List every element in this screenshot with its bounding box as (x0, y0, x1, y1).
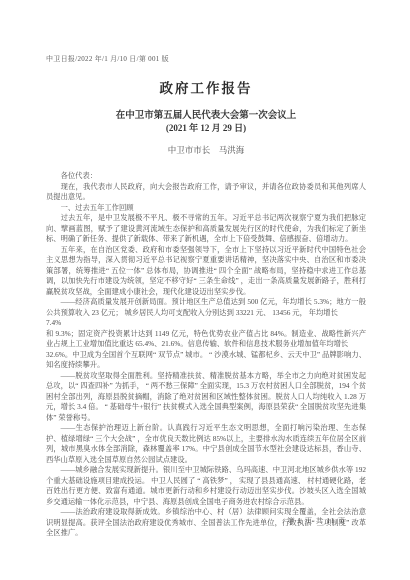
body-paragraph: 五年来，在自治区党委、政府和市委坚强领导下，全市上下坚持以习近平新时代中国特色社… (46, 245, 366, 298)
body-paragraph: ——经济高质量发展开创新局面。预计地区生产总值达到 500 亿元，年均增长 5.… (46, 297, 366, 318)
body-paragraph: 过去五年，是中卫发展极不平凡、极不寻常的五年。习近平总书记两次视察宁夏为我们把脉… (46, 213, 366, 245)
body-paragraph: 现在，我代表市人民政府，向大会报告政府工作，请予审议，并请各位政协委员和其他列席… (46, 182, 366, 203)
body-paragraph: 各位代表： (46, 171, 366, 182)
body-paragraph: 7.4% (46, 318, 366, 329)
body-paragraph: ——脱贫攻坚取得全面胜利。坚持精准扶贫、精准脱贫基本方略，举全市之力向绝对贫困发… (46, 371, 366, 424)
report-page: 中卫日报/2022 年/1 月/10 日/第 001 版 政府工作报告 在中卫市… (0, 0, 410, 580)
body-paragraph: ——生态保护治理迈上新台阶。认真践行习近平生态文明思想，全面打响污染治理、生态保… (46, 423, 366, 465)
body-paragraph: 32.6%。中卫成为全国首个互联网“ 双节点” 城市。 “ 沙漠水城、锰都杞乡、… (46, 350, 366, 371)
report-subtitle: 在中卫市第五届人民代表大会第一次会议上 (46, 110, 366, 122)
section-heading: 一、过去五年工作回顾 (46, 203, 366, 214)
presenter-line: 中卫市市长 马洪海 (46, 144, 366, 156)
body-paragraph: ——城乡融合发展实现新提升。银川至中卫城际铁路、乌玛高速、中卫河北地区城乡供水等… (46, 465, 366, 507)
masthead: 中卫日报/2022 年/1 月/10 日/第 001 版 (46, 54, 366, 64)
report-date: (2021 年 12 月 29 日) (46, 122, 366, 134)
report-title: 政府工作报告 (46, 77, 366, 97)
report-body: 各位代表： 现在，我代表市人民政府，向大会报告政府工作，请予审议，并请各位政协委… (46, 171, 366, 539)
page-footer: 第 1 页 共 11 页 (287, 516, 346, 526)
body-paragraph: 和 9.3%；固定资产投资累计达到 1149 亿元，特色优势农业产值占比 84%… (46, 329, 366, 350)
